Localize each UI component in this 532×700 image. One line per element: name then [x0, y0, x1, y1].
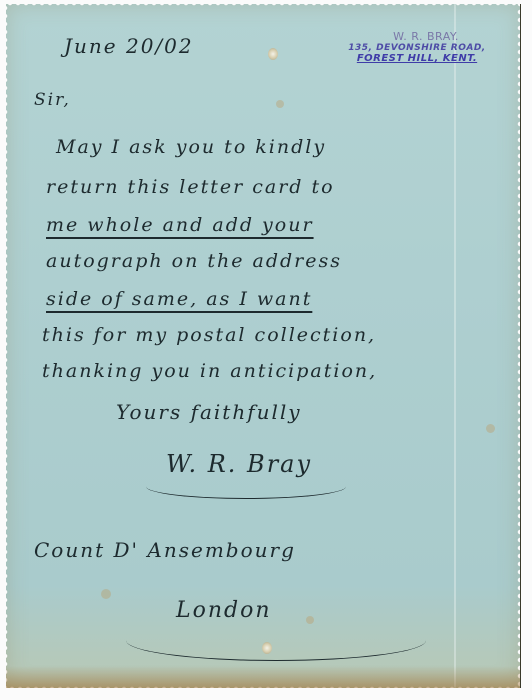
foxing-spot — [101, 589, 111, 599]
perforated-edge-top — [6, 3, 520, 9]
stamp-street: 135, DEVONSHIRE ROAD, — [332, 43, 502, 53]
body-line-3: me whole and add your — [46, 214, 314, 236]
body-line-1: May I ask you to kindly — [56, 136, 326, 158]
perforated-edge-left — [5, 4, 11, 688]
body-line-2: return this letter card to — [46, 176, 335, 198]
salutation: Sir, — [34, 90, 71, 110]
perforated-edge-right — [514, 4, 521, 688]
sender-address-stamp: W. R. BRAY. 135, DEVONSHIRE ROAD, FOREST… — [332, 30, 502, 64]
foxing-spot — [486, 424, 495, 433]
letter-card: W. R. BRAY. 135, DEVONSHIRE ROAD, FOREST… — [6, 4, 520, 688]
body-line-5: side of same, as I want — [46, 288, 312, 310]
stamp-name: W. R. BRAY. — [350, 30, 502, 43]
signature-flourish — [146, 474, 346, 499]
stamp-town: FOREST HILL, KENT. — [332, 53, 502, 64]
seal-hole-top — [268, 48, 278, 60]
body-line-7: thanking you in anticipation, — [42, 360, 377, 382]
foxing-spot — [276, 100, 284, 108]
letter-date: June 20/02 — [64, 34, 194, 58]
fold-line — [454, 4, 456, 688]
body-line-4: autograph on the address — [46, 250, 342, 272]
body-line-6: this for my postal collection, — [42, 324, 376, 346]
city-flourish — [126, 620, 426, 661]
closing: Yours faithfully — [116, 400, 302, 424]
foxing-stain-bottom — [6, 666, 520, 688]
recipient-name: Count D' Ansembourg — [34, 538, 296, 562]
